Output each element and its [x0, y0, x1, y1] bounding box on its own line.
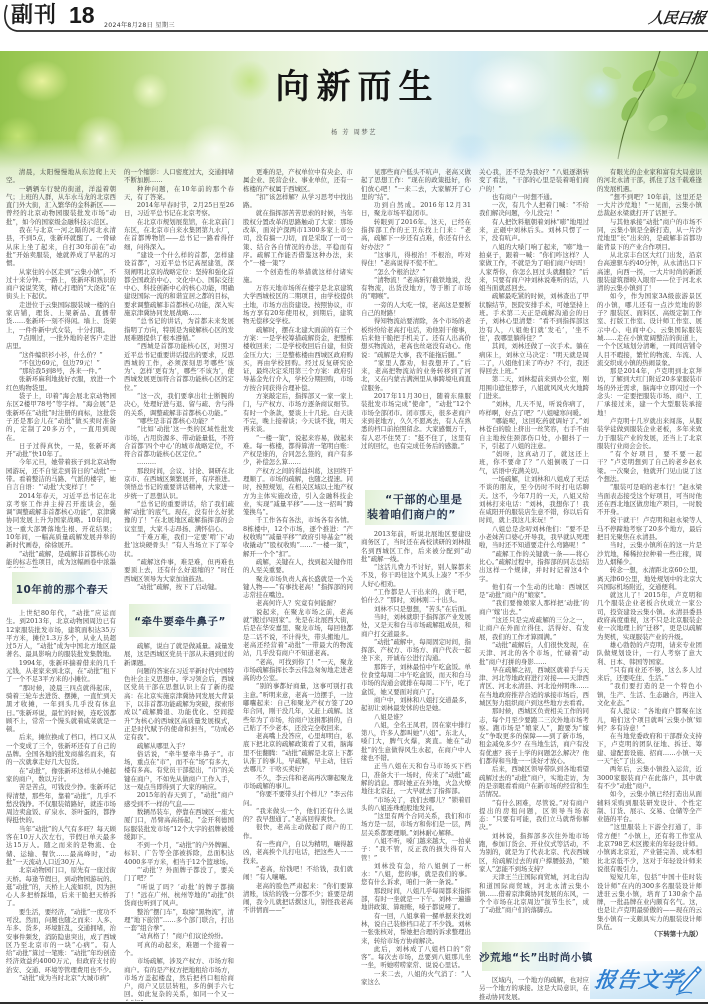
- paragraph: 短短几年，包括“中国十佳时装设计师”在内的300多名服装设计师进驻云集小镇，培育…: [597, 873, 702, 930]
- paragraph: 2014年春天，习近平总书记在北京考察工作并主持召开座谈会，强调“调整疏解非首都…: [6, 492, 116, 550]
- paragraph: “老高，给钱吧！不给钱，我们就闹！”有人嚷嚷。: [243, 865, 353, 882]
- paragraph: “疏解这件事，难是难，但再难也要顶上去，还有什么好退缩的？”时任西城区领导为大家…: [124, 558, 234, 583]
- pen-icon: [674, 964, 702, 996]
- paragraph: 更难的是，产权单位中有央企、市属企业、民营企业、事业单位，还有一栋楼的产权属于西…: [243, 168, 353, 193]
- paragraph: “这里服装上下游全打通了，非常方便！”小镇上，还有将工作室从北京798艺术区搬来…: [597, 823, 702, 873]
- column-5-text-top: 关心我，还不是为我好？”八姐逐渐转变了看法，“干部的心里是装着咱们商户的！”也有…: [479, 168, 589, 936]
- paragraph: 有一些商户，自以为精明，嚷得越凶，老高挨个儿打电话，把这些人一一找来。: [243, 840, 353, 865]
- paragraph: “‘动批’？外面牌子都没了，要关门了吧？”: [124, 866, 234, 883]
- paragraph: “总书记的重要讲话，给了我们疏解‘动批’的底气。现在，没有什么好犹豫的了！”在北…: [124, 500, 234, 533]
- paragraph: 他们有一个生动的比喻：西城区是“动批”商户的“娘家”。: [479, 583, 589, 600]
- paragraph: “扣”该怎样解？从学习思考中找出路。: [243, 193, 353, 210]
- paragraph: “刘林，几天不见，听说你病了，咋样啊，好点了吧？”八姐嘘寒问暖。: [479, 400, 589, 417]
- paragraph: 说起来，在聚龙市场之前，老高就“搬过四回家”。先是在北展西大街，后是在华安嘉里、…: [243, 608, 353, 658]
- paragraph: 刘林不只是想想，“苦头”在后面。: [361, 605, 471, 613]
- paragraph: 八姐的大嗓门响了起来，“嘭”地一拍桌子，跟着一喊：“你们咋这样？人家做工作，不就…: [479, 243, 589, 293]
- paragraph: 如今，作为国家3A级旅游景区的小镇，哪儿还有一点沙荒地的影子？服装区、面料区、高…: [597, 292, 702, 367]
- paragraph: 转眼到了2016年。这天，已经在指挥部工作的王卫东找上门来：“老高，疏解下一步还…: [361, 218, 471, 251]
- paragraph: 八姐，全名王凤君，因在家中排行第八，许多人都叫她“八姐”。东北人，嗓门大，脾气火…: [361, 721, 471, 762]
- paragraph: “这里有两个合同关系，我们和市场方是一层，市场方和你们是一层，两层关系都要理顺。…: [361, 812, 471, 837]
- paragraph: 疏解时，摆在北建大面前的有三个方案：一是学校筹措疏解资金，把整栋楼收回来；二是学…: [243, 326, 353, 392]
- paragraph: “动批”疏解，是疏解非首都核心功能的标志性项目，成为这幅画卷中浓墨重彩的一笔……: [6, 550, 116, 568]
- paragraph: “有什么困难，尽管说。”对有商户提出的房租问题，区领导当场表态：“只要有可能，我…: [479, 799, 589, 832]
- column-logo-text: 报告文学: [593, 966, 685, 994]
- paragraph: 老高何许人？究竟有何能耐？: [243, 599, 353, 607]
- paragraph: 区域内，一个地方的疏解，也对应另一个地方的承接。这是大局意识，在推动协同发展。: [479, 976, 589, 1001]
- paragraph: 袋子上，印着“海会展北京动物园东区2楼甲78号”等字样。“海会展”是张新环在“动…: [6, 392, 116, 442]
- paragraph: “建设一个什么样的首都，怎样建设首都”，习近平总书记高屋建瓴，深刻阐明北京的战略…: [124, 251, 234, 317]
- paragraph: “清物流！”老高斩钉截铁地说，没有物流，出货没地方，等于断了市场的“咽喉”。: [361, 276, 471, 301]
- paragraph: 疏解，关键在人，找到起关键作用的人至关重要。: [243, 558, 353, 575]
- paragraph: “这件编织衫小衫，什么价？”: [6, 351, 116, 359]
- paragraph: “只有商业还不够，这么多人过来后，还要吃住、生活。”: [597, 666, 702, 683]
- paragraph: 那时候，西城区负责相关工作的同志，每个月至少要跑二三次外地市场考察。跑市场是“娘…: [479, 707, 589, 765]
- paragraph: “比如‘动批’这一类的区域性批发市场，占用资源多、带动能量低，不符合首都‘四个中…: [124, 425, 234, 458]
- paragraph: 当时，云集小镇所在的这一片是沙荒地，稀稀拉拉种着一些庄稼，周边人烟稀少。: [597, 541, 702, 566]
- paragraph: 说干就干！卢克明和赵永梁等人马不停蹄地考察了20多个地方，最后把目光聚焦在永清县…: [597, 516, 702, 541]
- masthead-rule: [0, 0, 708, 36]
- section-heading: “牵牛要牵牛鼻子”: [129, 604, 231, 637]
- paragraph: 正当八姐在天和台马市场买下档口，准备大干一场时，传来了“动批”疏解的消息。那时她…: [361, 762, 471, 795]
- paragraph: 清晨，太阳慢慢地从东边爬上天空。: [6, 168, 116, 185]
- paragraph: 两年后，云集小镇投入运营，近3000家服装商户在此落户，其中就有不少“动批”商户…: [597, 765, 702, 790]
- paragraph: “西城是首都功能核心区，对照习近平总书记重要讲话提出的要求，反思西城的工作，必须…: [124, 342, 234, 392]
- section-heading-line-2: 装着咱们商户的”: [365, 508, 471, 523]
- paragraph: 有人把饮料瓶朝着刘林“嘭”地甩过来，正砸中刘林后头。刘林只愣了一下，没有吭声。: [479, 218, 589, 243]
- paragraph: 老高嘴上没答应，心里却明白，私底下把北京的疏解政策看了又看，脑海里不住翻腾：“动…: [243, 732, 353, 773]
- paragraph: “千难万难，我们一定要‘啃’下‘动批’这块硬骨头！”有人当场立下了军令状。: [124, 533, 234, 558]
- paragraph: 走进位于云集国际服装城一楼的自家店铺，理货、上架新品、直播带货……张新环一刻不得…: [6, 301, 116, 334]
- paragraph: 苦是苦点，可钱没少挣。张新环记得清楚，那些年，靠着“动批”，几乎不愁没钱挣。不仅…: [6, 783, 116, 824]
- paragraph: 的一个缩影：人口密度过大，交通拥堵不断加剧……: [124, 168, 234, 185]
- paragraph: 刘林没有急，给八姐倒了一杯水：“八姐，您的事，就是我们的事。您有什么诉求，咱们一…: [361, 862, 471, 887]
- paragraph: 今年元旦，她带着孩子到北京动物园游玩，还不自觉走到昔日的“动批”一带。看着整洁的…: [6, 458, 116, 491]
- page-bottom-rule: [0, 1002, 708, 1004]
- section-heading-line-1: “干部的心里是: [365, 493, 471, 508]
- paragraph: 那阵子，刘林最怕中午吃盒饭。单位食堂每周二中午吃盒饭，而天和台马市场的沟通会就排…: [361, 663, 471, 696]
- paragraph: “我们要打造的是一个特色小镇，生产、生活、生态融合，再注入文化业态。”: [597, 682, 702, 707]
- paragraph: 转念一想，永清距北京60公里，离天津60公里，地处规划中的北京大兴国际机场附近，…: [597, 566, 702, 591]
- paragraph: “一楼一策”，说起来容易，做起来难。每一栋楼，都得算清一笔明白账：产权是谁的，合…: [243, 434, 353, 467]
- paragraph: 日子过得真快，一晃，张新环离开“动批”快10年了。: [6, 442, 116, 459]
- paragraph: 一个创造性的举措就这样付诸实施。: [243, 268, 353, 285]
- paragraph: 北京动物园门口，原先有一座过街天桥。每逢节假日，到动物园游玩的、逛“动批”的，天…: [6, 866, 116, 907]
- paragraph: 产权方之间的利益纠葛，这回终于理顺了。市场的疏解，也随之提速。同时，按照规划，在…: [243, 467, 353, 517]
- paragraph: 那是2014年，卢克明到北京拜访，了解到大红门附近20多家服装市场的外迁需求，脑…: [597, 367, 702, 417]
- paragraph: “动批”疏解后，人们很快发现，在天津、河北的各个市场，忙碌着“动批”商户打拼的身…: [479, 641, 589, 666]
- paragraph: 要生活，要经济，“动批”一度功不可没。然而，问题也随之而来：人多、车多、货多，环…: [6, 908, 116, 974]
- paragraph: 后来，摊位换成了档口，档口又从一个变成了三个，张新环还有了自己的品牌。全国各地的…: [6, 733, 116, 766]
- column-logo-reportage: 报告文学: [590, 961, 705, 999]
- column-4-text-bottom: 2013年前，听说北展地区要建设商务区了，当时还在高校读研的刘林报名到西城区工作…: [361, 530, 471, 1001]
- column-3-text: 更难的是，产权单位中有央企、市属企业、民营企业、事业单位，还有一栋楼的产权属于西…: [243, 168, 353, 1001]
- paragraph: 不到一个月，“动批”的户外牌匾、标识、广告等全部被拆除，总面积达4000多平方米…: [124, 841, 234, 866]
- paragraph: 此后，刘林成了八姐档口的“常客”。每次去市场，总要到八姐那儿坐一坐，听她唠唠家常…: [361, 945, 471, 970]
- paragraph: 老高的脸色严肃起来：“你们要算清账，该给的钱一分都不少；谁要是胡闹，我今儿就把话…: [243, 882, 353, 915]
- paragraph: 八姐总是念叨刘林他们：“要不是小老妹苦口婆心开导我，我早就认死理啦，当时还不知道…: [479, 525, 589, 550]
- paragraph: 就在指挥部苦苦思索的时候，当年股权分置改革的思路触动了大家：那场改革，面对沪深两…: [243, 209, 353, 267]
- paragraph: 商户中，刘林和八姐打交道最多，起初让刘林最发怵的也是她。: [361, 696, 471, 713]
- paragraph: “老高，可找到你了！”一天，聚龙市场疏解指挥长李云伟急匆匆地走进老高的办公室。: [243, 658, 353, 683]
- paragraph: ………: [124, 458, 234, 466]
- paragraph: 第二天，刘林提前来到办公室，刚用围巾遮住脖子，八姐就风风火火地跨门进来。: [479, 375, 589, 400]
- paragraph: 那段时间，会议、讨论、调研在北京市、在西城区频繁展开，有序推进。领悟总书记的重要…: [124, 467, 234, 500]
- paragraph: 俗话说，“牵牛要牵牛鼻子”。市场，重点在“市”，而不在“场”有多大，楼有多高。有…: [124, 750, 234, 791]
- paragraph: 一辆辆车行驶的街道，洋溢着朝气；上班的人群，从车水马龙的北京西直门外大街，汇入繁…: [6, 185, 116, 226]
- issue-date: 2024年8月28日 星期三: [104, 20, 175, 29]
- column-6-text: 有眼光的企业家和富有大局意识的河北永清干部，抓住了这千载难逢的发展机遇。“想不到…: [597, 168, 702, 930]
- page-number: 18: [69, 2, 95, 29]
- paragraph: 那段时间，八姐几乎每周都来指挥部，有时一坐就是一下午。刘林一遍遍地讲政策、算细账…: [361, 887, 471, 912]
- paragraph: 上世纪80年代，“动批”应运而生。到2013年，北京动物园周边已有12家服装批发…: [6, 609, 116, 659]
- paragraph: 刘林说，指挥部多次往外地市场跑，参加订货会、开业仪式等活动，不为别的，就是为了代…: [479, 832, 589, 873]
- column-2-text-top: 的一个缩影：人口密度过大，交通拥堵不断加剧……种种问题，在10年前的那个春天，有…: [124, 168, 234, 600]
- paragraph: 关心我，还不是为我好？”八姐逐渐转变了看法，“干部的心里是装着咱们商户的！”: [479, 168, 589, 193]
- column-1-text-top: 清晨，太阳慢慢地从东边爬上天空。一辆辆车行驶的街道，洋溢着朝气；上班的人群，从车…: [6, 168, 116, 568]
- paragraph: “想不到吧？10年前，这里还是一大片沙荒地！”一见面，云集小镇总裁赵永梁就打开了…: [597, 193, 702, 218]
- paragraph: “别的事都好商量，这事可别打我主意。”听明来意，老高一边摆手，一边嘟囔起来：自己…: [243, 682, 353, 732]
- paragraph: “那时候，凌晨三四点就得起床，骑着三轮车去进货、摆摊，一直忙到天黑才收摊，一年到…: [6, 684, 116, 734]
- section-name: 副刊: [11, 2, 57, 29]
- paragraph: 疏解最吃紧的时候，刘林查出了甲状腺结节，医院安排手术，可她坚持上班。手术第二天正…: [479, 292, 589, 342]
- paragraph: “你要不要带头打个样儿？”李云伟问。: [243, 790, 353, 807]
- paragraph: 数辆吊装车，停靠在西城区一座大厦门口，吊臂高高扬起，“金开利德国际服装批发市场”…: [124, 808, 234, 841]
- paragraph: “哪些是非首都核心功能？”: [124, 417, 234, 425]
- paragraph: “家里人都劝，但我想开了。”后来，老高把物流站的业务转移到了河北，又在内蒙古满洲…: [361, 359, 471, 392]
- paragraph: 我在与北京一河之隔的河北永清县，不到5点，张新环就醒了。一骨碌从床上坐了起来，自…: [6, 226, 116, 267]
- paragraph: “这活儿费力不讨好，别人躲都来不及，你干吗往这个风头上凑？”不少人好心相劝。: [361, 563, 471, 588]
- paragraph: “我们要像娘家人那样把‘动批’的商户‘嫁’出去。”: [479, 599, 589, 616]
- paragraph: 早在疏解之初，西城区就着手与天津、河北等地政府进行对接——天津西青区、河北永清县…: [479, 666, 589, 707]
- paragraph: 从家住的小区走到“云集小镇”，不过十来分钟。一路上，张新环和熟识的商户说说笑笑，…: [6, 268, 116, 301]
- paragraph: 有一回，八姐拿着一摞单据来找刘林，说自己装修档口花了不少钱。刘林一张张核对，帮她…: [361, 912, 471, 945]
- paragraph: 2014年早春时节，2月25日至26日，习近平总书记在北京考察。: [124, 201, 234, 218]
- paragraph: “有个好项目，要不要一起干？”卢克明想到了自己的老乡赵永梁。一次聚会，他就开门见…: [597, 450, 702, 483]
- paragraph: “这事儿，得根治！不根治，咋对得住！”老高说得不慌不忙。: [361, 251, 471, 268]
- paragraph: “动批”疏解，按下了启动键。: [124, 583, 234, 591]
- paragraph: “动批”成为当时北京“大城市病”: [6, 974, 116, 982]
- paragraph: 一旁的人大吃一惊，老高这是要断自己的财路！: [361, 301, 471, 318]
- paragraph: 2015年的春天到了，“动批”商户感受到不一样的气息——: [124, 791, 234, 808]
- paragraph: “动真格了！”商户们议论纷纷。: [124, 932, 234, 940]
- paragraph: 万容天地市场所在楼宇是北京建筑大学西城校区的二期项目，由学校提供土地，市场方出资…: [243, 284, 353, 325]
- section-heading: 沙荒地“长”出时尚小镇: [482, 942, 590, 971]
- paragraph: 其间，刘林还做了一次手术。躺在病床上，刘林立马决定：“明天就是周二了，八姐他们来…: [479, 342, 589, 375]
- paragraph: 卢克明十几岁就出来闯荡，从服装学徒做到服装企业老板，多年来致力于服装产业的发展，…: [597, 417, 702, 450]
- paragraph: 在当地党委政府和干部群众支持下，卢克明的团队征地、拆迁、筹建、建配套设施、招商……: [597, 732, 702, 765]
- column-1-text-bottom: 上世纪80年代，“动批”应运而生。到2013年，北京动物园周边已有12家服装批发…: [6, 609, 116, 1001]
- section-heading: 10年前的那个春天: [12, 572, 112, 604]
- paragraph: 也有商户一时想不通。: [479, 193, 589, 201]
- paragraph: 与其他承接“动批”商户的市场不同，云集小镇是全新打造，从一片沙荒地里“长”出来的…: [597, 218, 702, 251]
- column-2-text-bottom: 疏解，说白了就是做减量。减量发展，这是西城区党员干部从未遇到过的新课题。问题的答…: [124, 642, 234, 1001]
- continued-on-page-note: （下转第十九版）: [630, 930, 702, 938]
- paragraph: 问题的答案在习近平新时代中国特色社会主义思想中。学习领会后，西城区党员干部在思想…: [124, 667, 234, 742]
- paragraph: 就这儿了！2015年，卢克明和几个服装企业老板合伙成立一家公司，投资建设云集小镇…: [597, 591, 702, 641]
- paragraph: 有人提议：“各地商户都聚在这儿，咱们这个项目就叫‘云集小镇’如何？多有诗意！”: [597, 707, 702, 732]
- paragraph: 后来，西城区领导带队到各地看望疏解过去的“动批”商户，实地走访，为的是亲眼看看商…: [479, 765, 589, 798]
- paragraph: 可真的动起来，难题一个接着一个。: [124, 941, 234, 958]
- paragraph: “怎么个根治法？”: [361, 268, 471, 276]
- paragraph: 从北京丰台区大红门出发，沿京台高速驱车约40分钟，从永清出口下高速，向西一拐，一…: [597, 251, 702, 292]
- paragraph: 八姐不听，嗓门越来越大，一拍桌子：“我不管，反正我的损失得有人管！”: [361, 837, 471, 862]
- paragraph: 功到自然成。2016年12月31日，聚龙市场平稳闭市。: [361, 201, 471, 218]
- paragraph: 得知物流站要清除，各个市场的老板纷纷给老高打电话，劝他别干傻事，后来他干脆把手机…: [361, 317, 471, 358]
- paragraph: “不包边69元，包边79元！”: [6, 359, 116, 367]
- paragraph: 很快，老高主动做起了商户的工作。: [243, 823, 353, 840]
- paragraph: “听说了吗？‘动批’的牌子都摘了！”远在广州、杭州等地的“动批”供货商也听到了风…: [124, 883, 234, 908]
- paragraph: “服装可是咱的老本行！”赵永梁当面表态接受这个好项目，可当时他还在西北地区做房地…: [597, 483, 702, 516]
- paragraph: “总书记的讲话，为首都未来发展指明了方向，特别是为破解核心区的发展难题提供了根本…: [124, 317, 234, 342]
- paragraph: 当年“动批”的人气有多旺？每天顾客在10万人次左右，节假日单天最多达15万人。随…: [6, 825, 116, 866]
- paragraph: 方案敲定后，指挥部又一家一家上门，与产权方、市场方逐条商议细节。有时一个条款，要…: [243, 392, 353, 433]
- paragraph: “动批”疏解中，每周固定时间，指挥部、产权方、市场方、商户代表一起坐下来，开诚布…: [361, 638, 471, 663]
- paragraph: 一场疏解，让刘林和八姐成了无话不谈的朋友，至今仍时不时打电话聊天。这不，今年7月…: [479, 475, 589, 525]
- paragraph: “这一次，我们要拿出壮士断腕的决心，处理好进与退、留与疏、舍与得的关系，调整疏解…: [124, 392, 234, 417]
- paragraph: 雄心勃勃的卢克明，请来专业团队做规划设计，一行人考察了意大利、日本、韩国等国家。: [597, 641, 702, 666]
- paragraph: 一次，有几个人把着门喊：“不给我们解决问题，今儿没完！”: [479, 201, 589, 218]
- paragraph: “我来做头一个，他们还有什么说的？我早想通了。”老高回得爽快。: [243, 807, 353, 824]
- paragraph: 种种问题，在10年前的那个春天，有了答案。: [124, 185, 234, 202]
- paragraph: 有眼光的企业家和富有大局意识的河北永清干部，抓住了这千载难逢的发展机遇。: [597, 168, 702, 193]
- paragraph: 八姐是谁？: [361, 713, 471, 721]
- paragraph: “工作都是人干出来的，就干吧，怕什么？”那时，刘林刚二十出头。: [361, 588, 471, 605]
- paragraph: 不久，李云伟和老高再次聊起聚龙市场疏解的事儿。: [243, 774, 353, 791]
- paragraph: 千工作各有各法，市场各有各情。8栋楼中，12个市场，逐个推进：“产权收购”“减量…: [243, 516, 353, 557]
- paragraph: 天津王兰庄国际商贸城，河北白沟和道国际商贸城，河北永清云集小镇……借着京津冀协同…: [479, 873, 589, 914]
- paragraph: 在“动批”，像张新环这样从小摊起家的商户，数以万计。: [6, 767, 116, 784]
- paragraph: 市场疏解，涉及产权方、市场方和商户。有的是产权方把地租给市场方，市场方盖起楼盘，…: [124, 957, 234, 1001]
- paragraph: “哪能呢，这回吃药就调好了。”刘林苍白的脸上挤出一丝笑容，右手不由自主地按住颈部…: [479, 417, 589, 450]
- paragraph: 如今，云集小镇已经打造出从面辅料采购到服装研发设计、个性定制、订货、展示、交易、…: [597, 790, 702, 823]
- paragraph: 整治“摆门车”，取缔“黑物流”，清理“地下旅馆”……多个部门联合，打出一套“组合…: [124, 908, 234, 933]
- paragraph: 7点刚过，一批外地的老客户走进店里。: [6, 334, 116, 351]
- column-5-text-bottom: 区域内，一个地方的疏解，也对应另一个地方的承接。这是大局意识，在推动协同发展。: [479, 976, 589, 1001]
- paragraph: 张新环麻利地拢好衣服，放进一个红色购物袋里。: [6, 375, 116, 392]
- paragraph: 一来二去，八姐的火气消了：“人家这么: [361, 970, 471, 987]
- paragraph: 1994年，张新环揣着借来的几千元钱，从老家来到北京，在“动批”租下了一个不足3…: [6, 659, 116, 684]
- article-byline: 杨 芳 周梦艺: [0, 127, 708, 136]
- newspaper-logo: 人民日报: [647, 7, 707, 28]
- paragraph: “妈呀，这真动刀了，就这还上班，你不要命了？”八姐倒吸了一口气，话语中充满关切。: [479, 450, 589, 475]
- paragraph: 疏解，说白了就是做减量。减量发展，这是西城区党员干部从未遇到过的新课题。: [124, 642, 234, 667]
- column-4-text-top: 见那些商户低头不吭声，老高又做起了思想工作：“现在的政策挺好，你们放心吧！”一来…: [361, 168, 471, 486]
- paragraph: 聚龙市场负责人高长盛就是一个关键人物——“有事找老高！”指挥部的同志常挂在嘴边。: [243, 575, 353, 600]
- paragraph: “这还只是完成疏解的三分之一，让商户在外面立得住、活得好、有发展，我们的工作才算…: [479, 616, 589, 641]
- paragraph: 当时，刘林就职于指挥部产业发展处，又是天和台马市场疏解组成员，和商户打交道最多。: [361, 613, 471, 638]
- paragraph: “疏解工作的关键就一条——将心比心。”疏解过程中，指挥部的同志总结出这样一个规律…: [479, 550, 589, 583]
- paragraph: 疏解从哪里入手？: [124, 742, 234, 750]
- section-heading: “干部的心里是 装着咱们商户的”: [365, 490, 471, 525]
- paragraph: 见那些商户低头不吭声，老高又做起了思想工作：“现在的政策挺好，你们放心吧！”一来…: [361, 168, 471, 201]
- paragraph: 在北京市规划展览馆，在北京前门东区，在北京市自来水集团第九水厂，在首都博物馆——…: [124, 218, 234, 251]
- article-title: 向新而生: [0, 67, 708, 107]
- paragraph: 2013年前，听说北展地区要建设商务区了，当时还在高校读研的刘林报名到西城区工作…: [361, 530, 471, 563]
- paragraph: “市场关了，我们去哪儿？”锁着眉头的八姐连珠炮般地发问。: [361, 796, 471, 813]
- paragraph: 2017年11月30日，随着东鼎服装批发市场完成“使命”，“动批”12个市场全部…: [361, 392, 471, 450]
